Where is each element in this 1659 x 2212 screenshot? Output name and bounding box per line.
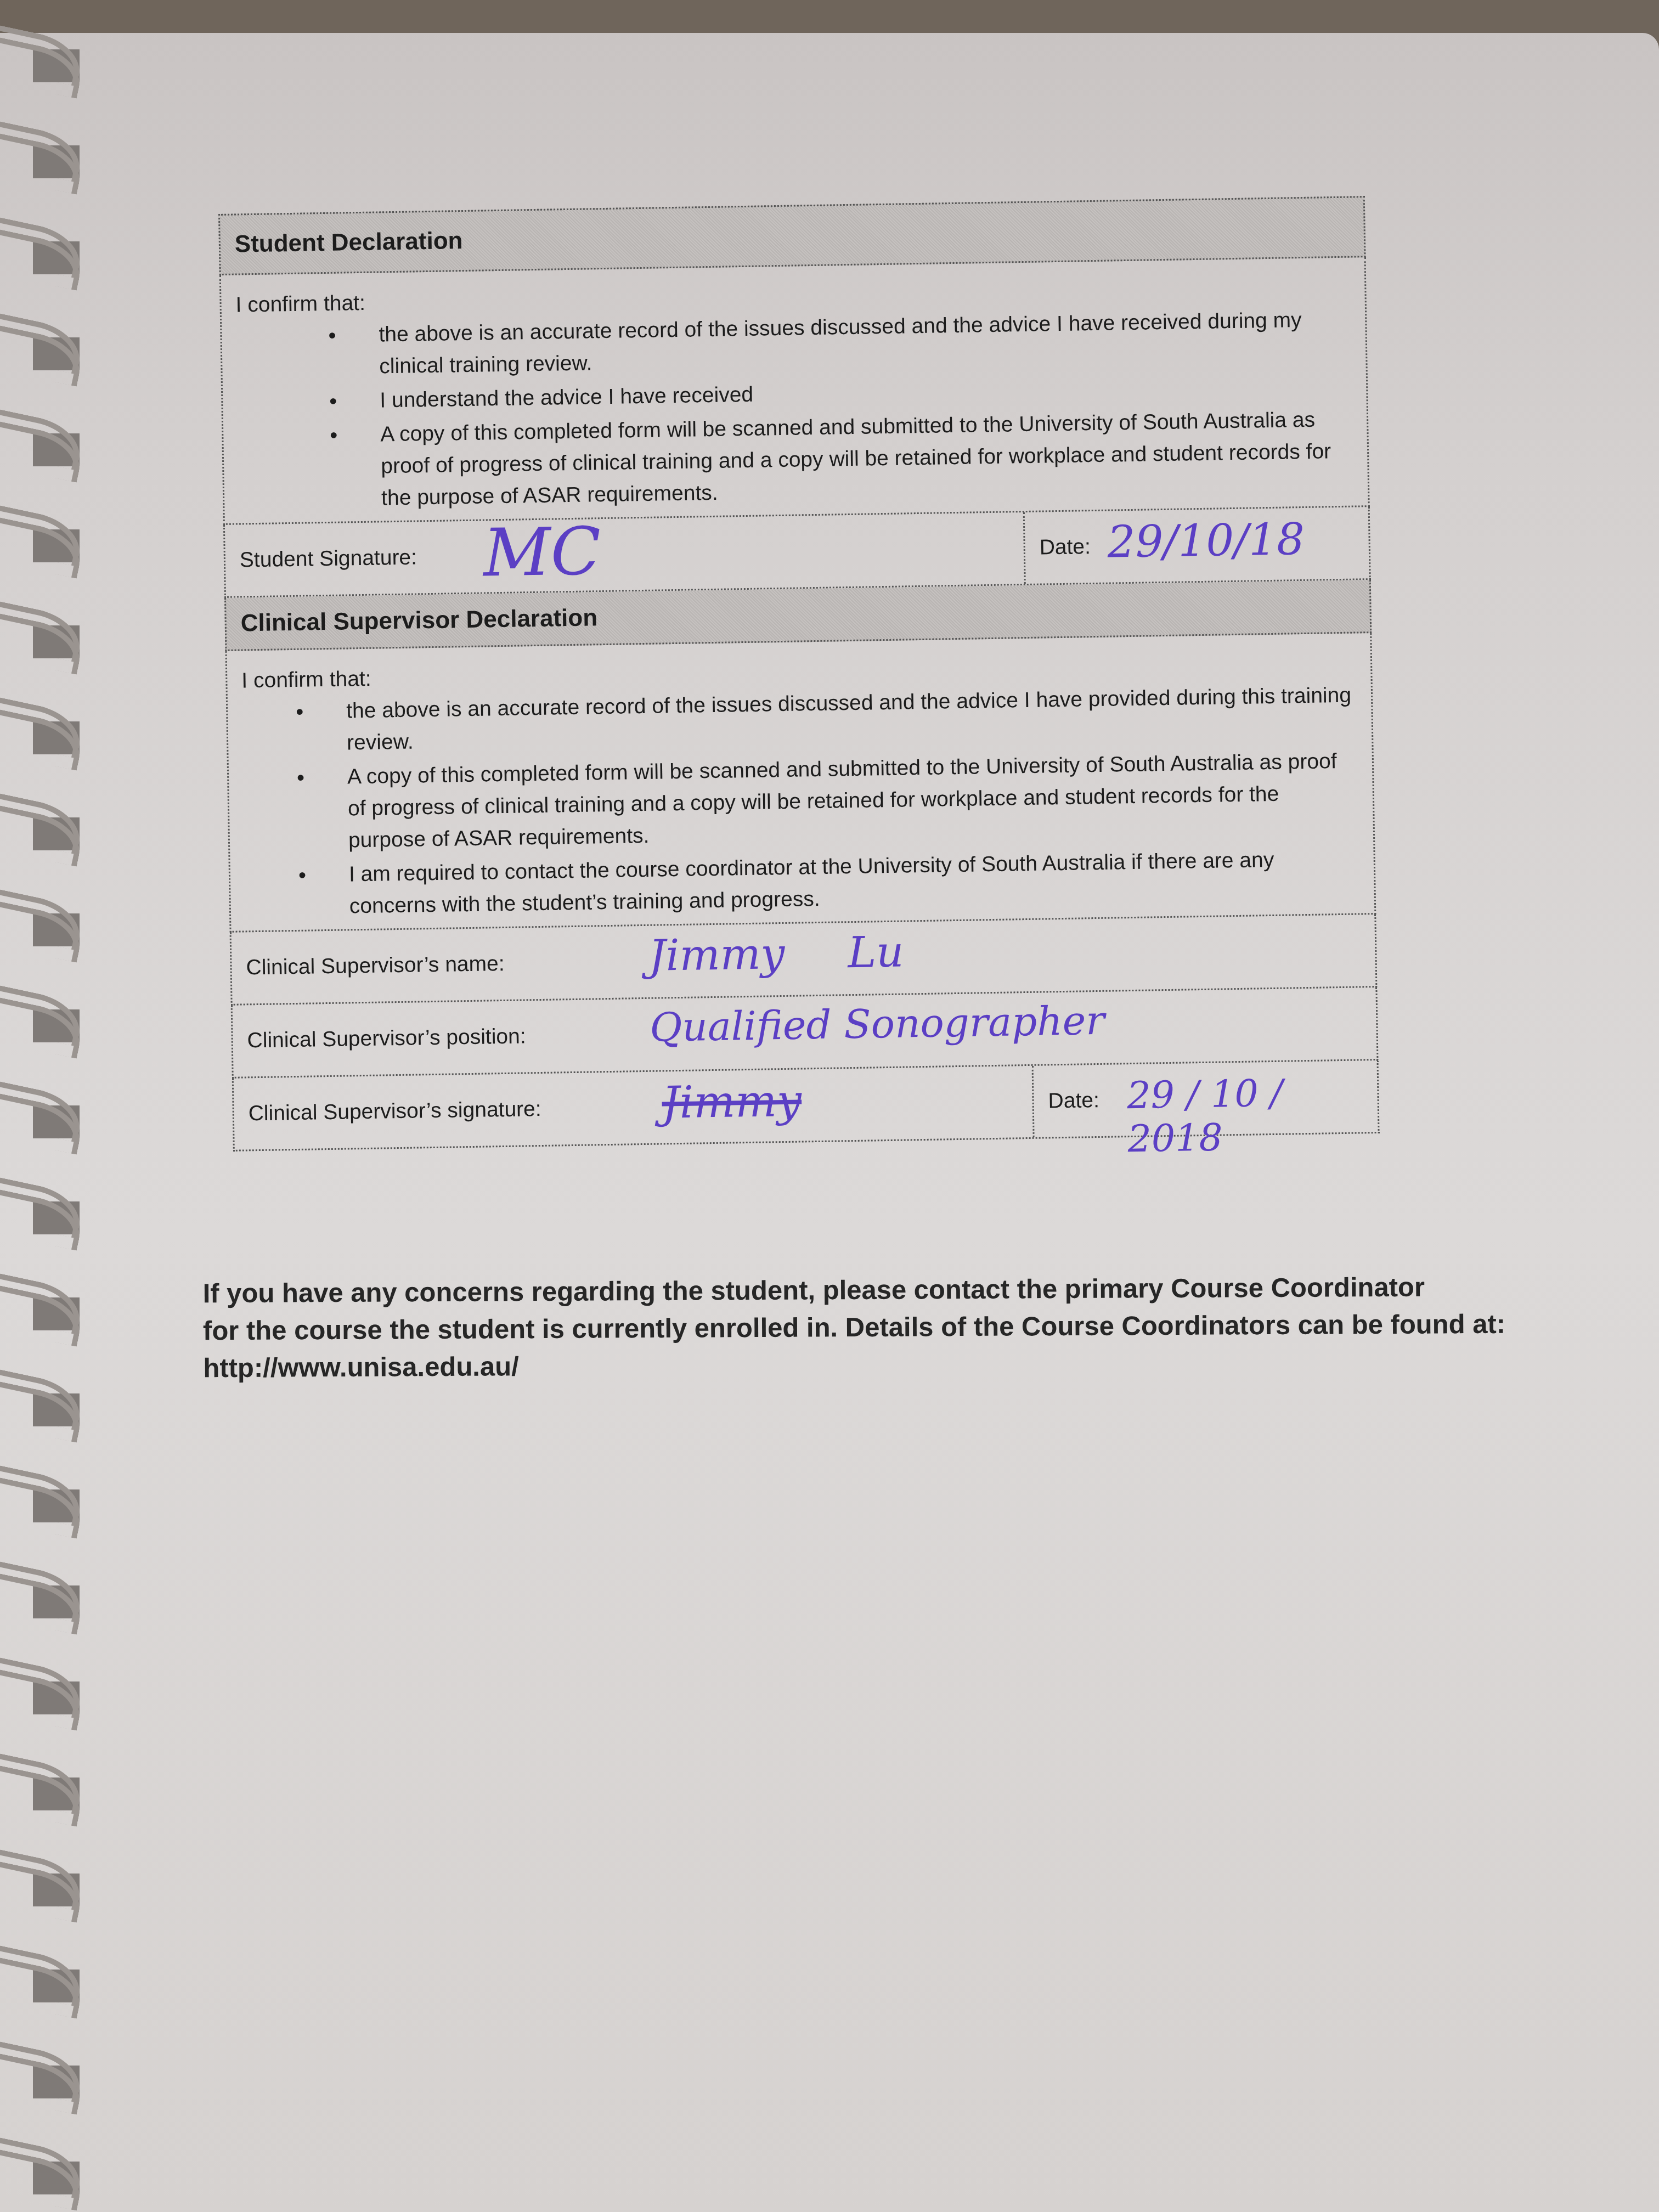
spiral-coil bbox=[0, 2145, 82, 2194]
supervisor-signature-label: Clinical Supervisor’s signature: bbox=[248, 1097, 541, 1126]
spiral-coil bbox=[0, 1473, 82, 1522]
spiral-coil bbox=[0, 897, 82, 946]
student-item: A copy of this completed form will be sc… bbox=[380, 404, 1354, 515]
spiral-coil bbox=[0, 33, 82, 82]
spiral-coil bbox=[0, 1569, 82, 1618]
spiral-coil bbox=[0, 1953, 82, 2002]
spiral-coil bbox=[0, 321, 82, 370]
supervisor-item: A copy of this completed form will be sc… bbox=[347, 746, 1359, 857]
spiral-coil bbox=[0, 1665, 82, 1714]
spiral-coil bbox=[0, 225, 82, 274]
spiral-coil bbox=[0, 705, 82, 754]
spiral-coil bbox=[0, 513, 82, 562]
supervisor-position-label: Clinical Supervisor’s position: bbox=[247, 1024, 526, 1053]
spiral-coil bbox=[0, 1185, 82, 1234]
supervisor-position-field[interactable]: Qualified Sonographer bbox=[650, 997, 1105, 1051]
spiral-coil bbox=[0, 2049, 82, 2098]
supervisor-declaration-body: I confirm that: the above is an accurate… bbox=[225, 633, 1376, 933]
student-date-label: Date: bbox=[1039, 535, 1091, 560]
contact-note-line1: If you have any concerns regarding the s… bbox=[202, 1268, 1505, 1312]
spiral-coil bbox=[0, 129, 82, 178]
spiral-coil bbox=[0, 1857, 82, 1906]
spiral-binding bbox=[0, 33, 82, 2212]
supervisor-name-field[interactable]: Jimmy Lu bbox=[648, 928, 904, 981]
student-declaration-body: I confirm that: the above is an accurate… bbox=[219, 257, 1370, 525]
supervisor-signature-field[interactable]: Jimmy bbox=[662, 1075, 802, 1128]
student-signature-label: Student Signature: bbox=[240, 545, 417, 572]
spiral-coil bbox=[0, 801, 82, 850]
declaration-form: Student Declaration I confirm that: the … bbox=[218, 196, 1380, 1152]
spiral-coil bbox=[0, 1089, 82, 1138]
student-signature-field[interactable]: MC bbox=[483, 513, 602, 591]
spiral-coil bbox=[0, 993, 82, 1042]
supervisor-date-label: Date: bbox=[1048, 1088, 1099, 1113]
spiral-coil bbox=[0, 1377, 82, 1426]
student-date-field[interactable]: 29/10/18 bbox=[1107, 513, 1305, 568]
supervisor-name-label: Clinical Supervisor’s name: bbox=[246, 952, 505, 980]
spiral-coil bbox=[0, 417, 82, 466]
spiral-coil bbox=[0, 1761, 82, 1810]
spiral-coil bbox=[0, 609, 82, 658]
supervisor-date-field[interactable]: 29 / 10 / 2018 bbox=[1127, 1070, 1378, 1161]
contact-note: If you have any concerns regarding the s… bbox=[202, 1268, 1505, 1387]
unisa-link[interactable]: http://www.unisa.edu.au/ bbox=[203, 1343, 1505, 1387]
supervisor-item: I am required to contact the course coor… bbox=[348, 843, 1360, 922]
contact-note-line2: for the course the student is currently … bbox=[203, 1306, 1505, 1350]
spiral-coil bbox=[0, 1281, 82, 1330]
